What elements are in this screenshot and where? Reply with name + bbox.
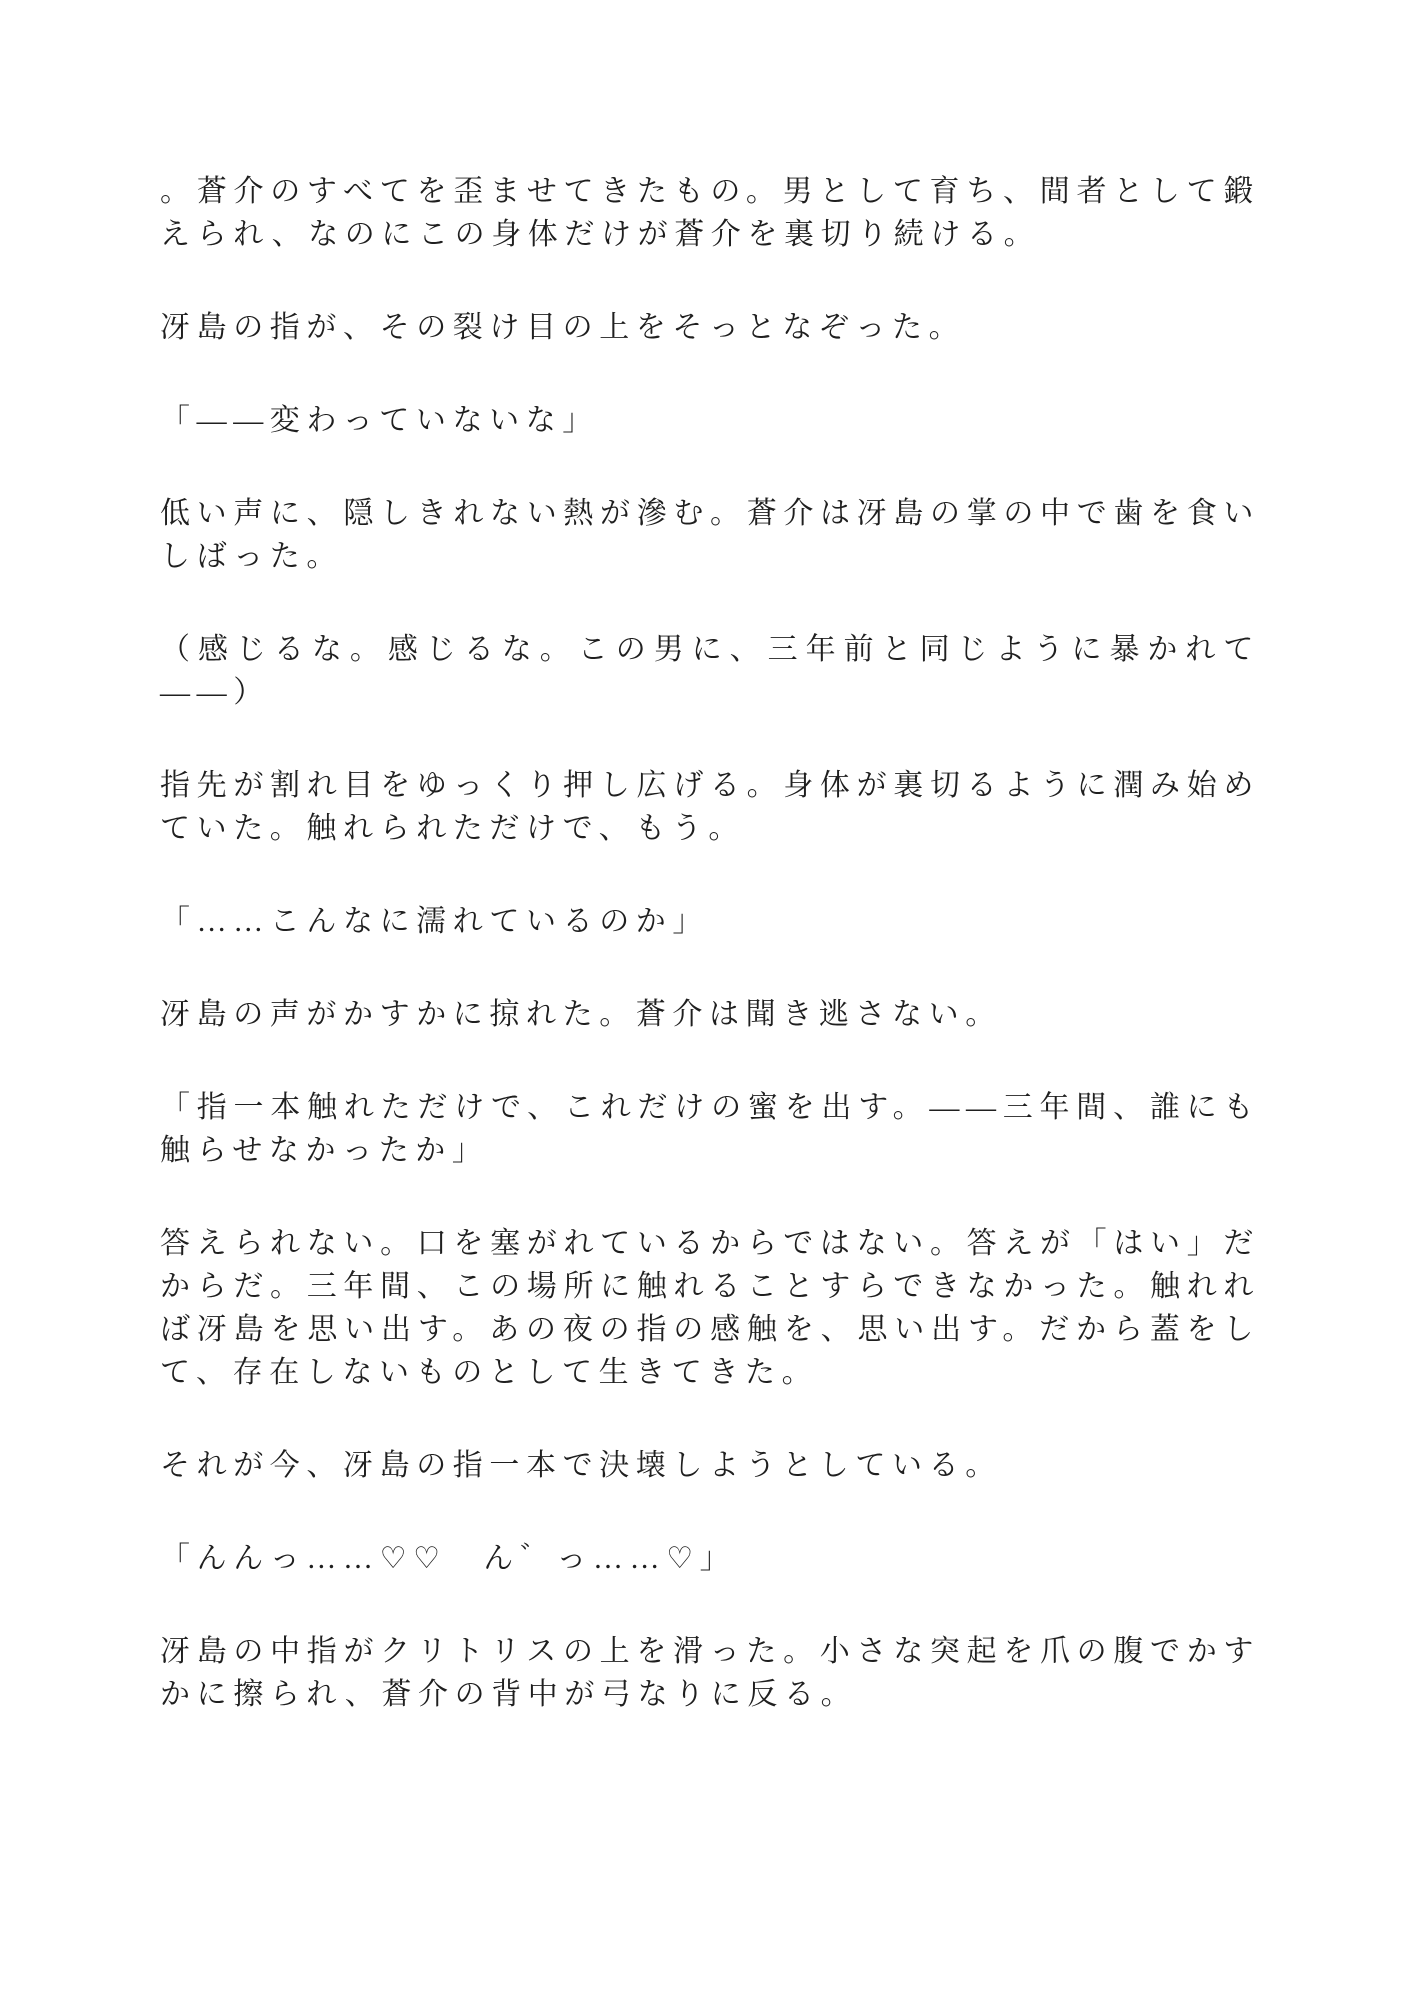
document-page: 。蒼介のすべてを歪ませてきたもの。男として育ち、間者として鍛えられ、なのにこの身… — [0, 0, 1415, 2000]
body-paragraph: 冴島の声がかすかに掠れた。蒼介は聞き逃さない。 — [160, 993, 1260, 1036]
body-paragraph: 。蒼介のすべてを歪ませてきたもの。男として育ち、間者として鍛えられ、なのにこの身… — [160, 170, 1260, 256]
text-column: 。蒼介のすべてを歪ませてきたもの。男として育ち、間者として鍛えられ、なのにこの身… — [160, 170, 1260, 1716]
body-paragraph: 「——変わっていないな」 — [160, 399, 1260, 442]
body-paragraph: 「んんっ……♡♡ ん゛っ……♡」 — [160, 1537, 1260, 1580]
body-paragraph: 「……こんなに濡れているのか」 — [160, 900, 1260, 943]
body-paragraph: 答えられない。口を塞がれているからではない。答えが「はい」だからだ。三年間、この… — [160, 1222, 1260, 1394]
body-paragraph: それが今、冴島の指一本で決壊しようとしている。 — [160, 1444, 1260, 1487]
body-paragraph: 低い声に、隠しきれない熱が滲む。蒼介は冴島の掌の中で歯を食いしばった。 — [160, 492, 1260, 578]
body-paragraph: 「指一本触れただけで、これだけの蜜を出す。——三年間、誰にも触らせなかったか」 — [160, 1086, 1260, 1172]
body-paragraph: 冴島の指が、その裂け目の上をそっとなぞった。 — [160, 306, 1260, 349]
body-paragraph: 指先が割れ目をゆっくり押し広げる。身体が裏切るように潤み始めていた。触れられただ… — [160, 764, 1260, 850]
body-paragraph: 冴島の中指がクリトリスの上を滑った。小さな突起を爪の腹でかすかに擦られ、蒼介の背… — [160, 1630, 1260, 1716]
body-paragraph: （感じるな。感じるな。この男に、三年前と同じように暴かれて——） — [160, 628, 1260, 714]
